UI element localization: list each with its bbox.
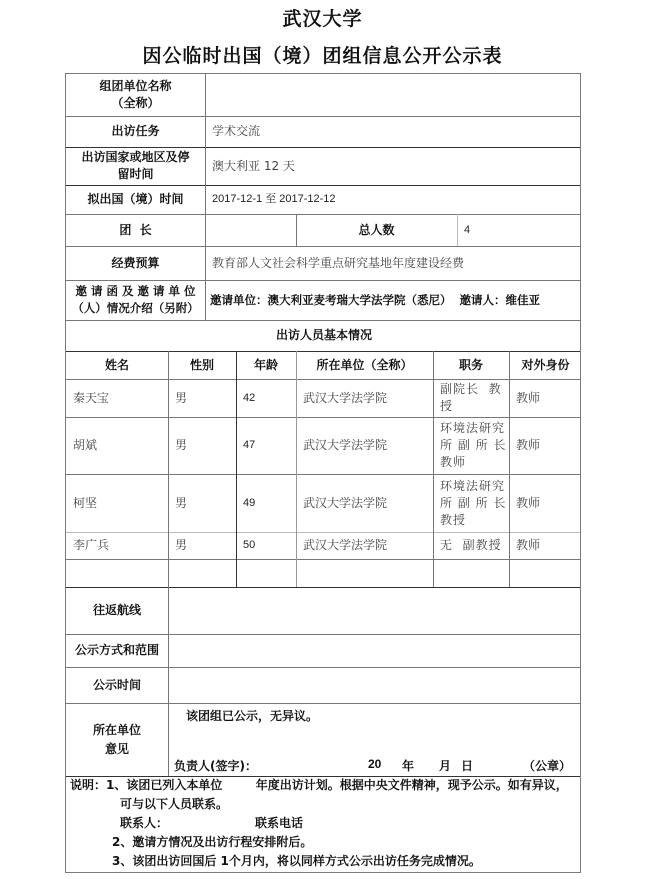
person-gender[interactable]: 男: [168, 417, 236, 474]
time-label: 公示时间: [66, 667, 168, 703]
duty-line: 教授: [440, 512, 466, 529]
person-name[interactable]: 李广兵: [66, 532, 168, 559]
person-unit[interactable]: 武汉大学法学院: [296, 474, 433, 532]
budget-label: 经费预算: [66, 246, 205, 280]
time-value[interactable]: [168, 667, 582, 703]
duty-line: 环境法研究: [440, 478, 505, 495]
col-header-duty: 职务: [433, 351, 509, 379]
person-unit[interactable]: 武汉大学法学院: [296, 379, 433, 417]
signer-label: 负责人(签字)：: [174, 757, 257, 774]
person-unit[interactable]: 武汉大学法学院: [296, 532, 433, 559]
person-identity[interactable]: 教师: [509, 417, 582, 474]
person-identity[interactable]: 教师: [509, 474, 582, 532]
duty-line: 授: [440, 398, 453, 415]
total-value[interactable]: 4: [457, 214, 582, 246]
person-identity[interactable]: 教师: [509, 379, 582, 417]
person-gender[interactable]: 男: [168, 532, 236, 559]
person-duty[interactable]: 环境法研究 所 副 所 长 教授: [433, 474, 509, 532]
route-value[interactable]: [168, 587, 582, 634]
duty-line: 副院长 教: [440, 381, 502, 398]
note-phone-label: 联系电话: [255, 814, 303, 833]
note-line-1: 说明：1、该团已列入本单位 年度出访计划。根据中央文件精神，现予公示。如有异议，: [70, 776, 568, 795]
col-header-unit: 所在单位（全称）: [296, 351, 433, 379]
date-year-prefix: 20: [368, 757, 381, 771]
date-day: 日: [461, 757, 473, 774]
duty-line: 环境法研究: [440, 420, 505, 437]
person-identity[interactable]: 教师: [509, 532, 582, 559]
person-identity[interactable]: [509, 559, 582, 587]
invitation-label-line1: 邀 请 函 及 邀 请 单 位: [75, 283, 195, 300]
opinion-area[interactable]: 该团组已公示，无异议。 负责人(签字)： 20 年 月 日 （公章）: [168, 703, 582, 776]
duty-line: 无 副教授: [440, 537, 502, 554]
org-name-label: 组团单位名称 （全称）: [66, 74, 205, 116]
person-name[interactable]: 胡斌: [66, 417, 168, 474]
note-line-4: 2、邀请方情况及出访行程安排附后。: [112, 833, 312, 852]
org-name-label-line1: 组团单位名称: [99, 78, 171, 95]
col-header-gender: 性别: [168, 351, 236, 379]
date-month: 月: [439, 757, 451, 774]
invitation-value[interactable]: 邀请单位：澳大利亚麦考瑞大学法学院（悉尼） 邀请人：维佳亚: [205, 280, 582, 320]
task-value[interactable]: 学术交流: [205, 116, 582, 147]
person-gender[interactable]: 男: [168, 379, 236, 417]
person-name[interactable]: 柯坚: [66, 474, 168, 532]
person-duty[interactable]: 无 副教授: [433, 532, 509, 559]
col-header-age: 年龄: [236, 351, 296, 379]
country-label-line2: 留时间: [117, 166, 153, 183]
person-duty[interactable]: 副院长 教 授: [433, 379, 509, 417]
col-header-identity: 对外身份: [509, 351, 582, 379]
university-title: 武汉大学: [0, 4, 645, 31]
person-gender[interactable]: 男: [168, 474, 236, 532]
opinion-text: 该团组已公示，无异议。: [186, 707, 318, 724]
person-age[interactable]: 50: [236, 532, 296, 559]
person-age[interactable]: 49: [236, 474, 296, 532]
task-label: 出访任务: [66, 116, 205, 147]
country-value[interactable]: 澳大利亚 12 天: [205, 147, 582, 185]
org-name-label-line2: （全称）: [111, 95, 159, 112]
method-label: 公示方式和范围: [66, 634, 168, 667]
person-age[interactable]: 47: [236, 417, 296, 474]
duty-line: 教师: [440, 454, 466, 471]
leader-value[interactable]: [205, 214, 296, 246]
person-duty[interactable]: [433, 559, 509, 587]
person-unit[interactable]: 武汉大学法学院: [296, 417, 433, 474]
person-gender[interactable]: [168, 559, 236, 587]
person-duty[interactable]: 环境法研究 所 副 所 长 教师: [433, 417, 509, 474]
date-year: 年: [402, 757, 414, 774]
note-contact-label: 联系人：: [120, 814, 168, 833]
seal-label: （公章）: [523, 757, 571, 774]
person-age[interactable]: 42: [236, 379, 296, 417]
budget-value[interactable]: 教育部人文社会科学重点研究基地年度建设经费: [205, 246, 582, 280]
duty-line: 所 副 所 长: [440, 495, 506, 512]
person-name[interactable]: 秦天宝: [66, 379, 168, 417]
opinion-label-line1: 所在单位: [93, 721, 141, 740]
departure-value[interactable]: 2017-12-1 至 2017-12-12: [205, 185, 582, 214]
country-label-line1: 出访国家或地区及停: [81, 149, 189, 166]
note-line-5: 3、该团出访回国后 1个月内，将以同样方式公示出访任务完成情况。: [112, 852, 481, 871]
personnel-section-title: 出访人员基本情况: [66, 320, 582, 351]
publicity-form-table: 组团单位名称 （全称） 出访任务 学术交流 出访国家或地区及停 留时间 澳大利亚…: [65, 73, 581, 873]
person-age[interactable]: [236, 559, 296, 587]
opinion-label: 所在单位 意见: [66, 703, 168, 776]
opinion-label-line2: 意见: [105, 740, 129, 759]
leader-label: 团 长: [66, 214, 205, 246]
duty-line: 所 副 所 长: [440, 437, 506, 454]
person-name[interactable]: [66, 559, 168, 587]
org-name-value[interactable]: [205, 74, 582, 116]
note-line-2: 可与以下人员联系。: [120, 795, 228, 814]
route-label: 往返航线: [66, 587, 168, 634]
invitation-label-line2: （人）情况介绍（另附）: [72, 300, 199, 317]
form-title: 因公临时出国（境）团组信息公开公示表: [0, 41, 645, 68]
departure-label: 拟出国（境）时间: [66, 185, 205, 214]
col-header-name: 姓名: [66, 351, 168, 379]
method-value[interactable]: [168, 634, 582, 667]
person-unit[interactable]: [296, 559, 433, 587]
total-label: 总人数: [296, 214, 457, 246]
invitation-label: 邀 请 函 及 邀 请 单 位 （人）情况介绍（另附）: [66, 280, 205, 320]
country-label: 出访国家或地区及停 留时间: [66, 147, 205, 185]
